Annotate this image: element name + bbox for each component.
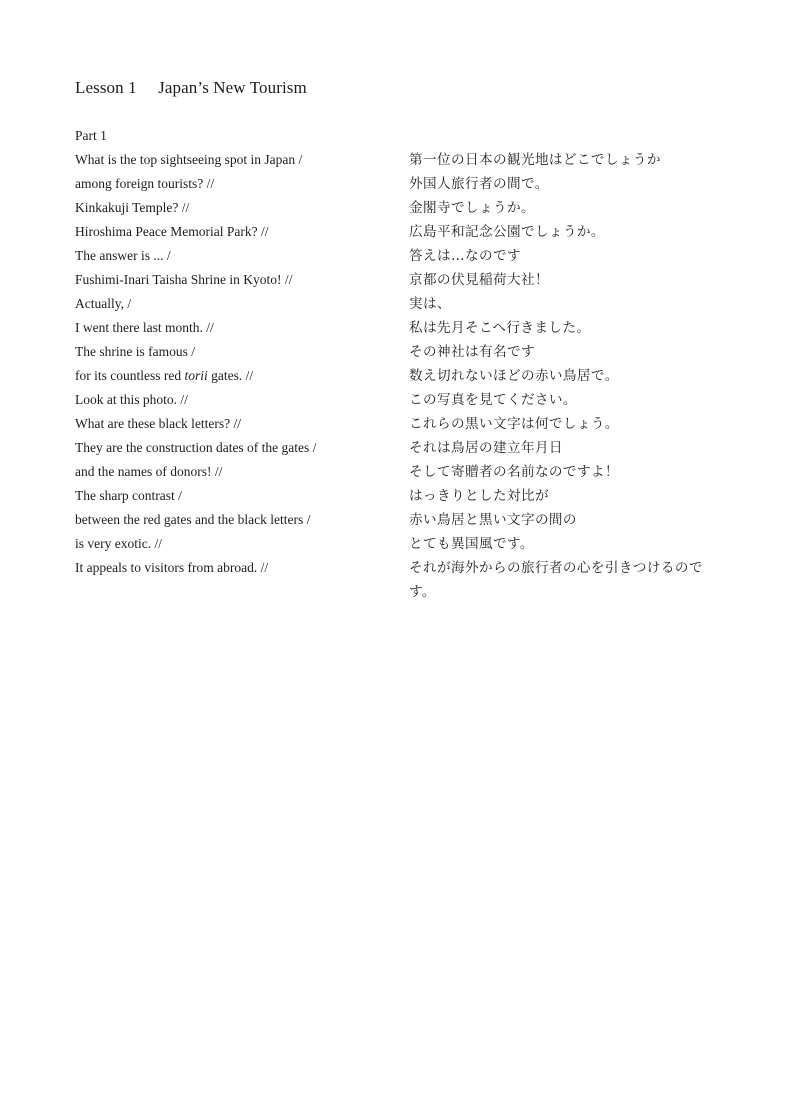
english-line: They are the construction dates of the g… [75, 436, 409, 460]
text-row: What are these black letters? // これらの黒い文… [75, 412, 715, 436]
lesson-title: Lesson 1 Japan’s New Tourism [75, 76, 307, 100]
document-page: Lesson 1 Japan’s New Tourism Part 1 What… [0, 0, 790, 1117]
japanese-line: その神社は有名です [409, 340, 703, 364]
text-row: Kinkakuji Temple? // 金閣寺でしょうか。 [75, 196, 715, 220]
text-row: Actually, / 実は、 [75, 292, 715, 316]
text-row: I went there last month. // 私は先月そこへ行きました… [75, 316, 715, 340]
text-row: The shrine is famous / その神社は有名です [75, 340, 715, 364]
english-line: Hiroshima Peace Memorial Park? // [75, 220, 409, 244]
japanese-line: 外国人旅行者の間で。 [409, 172, 703, 196]
text-row: is very exotic. // とても異国風です。 [75, 532, 715, 556]
text-row: among foreign tourists? // 外国人旅行者の間で。 [75, 172, 715, 196]
japanese-line: この写真を見てください。 [409, 388, 703, 412]
english-line: among foreign tourists? // [75, 172, 409, 196]
japanese-line: これらの黒い文字は何でしょう。 [409, 412, 703, 436]
text-row: Fushimi-Inari Taisha Shrine in Kyoto! //… [75, 268, 715, 292]
english-line: The answer is ... / [75, 244, 409, 268]
english-line: What are these black letters? // [75, 412, 409, 436]
japanese-line: 第一位の日本の観光地はどこでしょうか [409, 148, 703, 172]
part-label: Part 1 [75, 126, 107, 146]
japanese-line: それが海外からの旅行者の心を引きつけるのです。 [409, 556, 703, 604]
japanese-line: 私は先月そこへ行きました。 [409, 316, 703, 340]
italic-term-torii: torii [184, 368, 207, 383]
japanese-line: 実は、 [409, 292, 703, 316]
english-line: Kinkakuji Temple? // [75, 196, 409, 220]
japanese-line: 答えは…なのです [409, 244, 703, 268]
japanese-line: 京都の伏見稲荷大社！ [409, 268, 703, 292]
text-row: What is the top sightseeing spot in Japa… [75, 148, 715, 172]
english-line: I went there last month. // [75, 316, 409, 340]
text-row: The sharp contrast / はっきりとした対比が [75, 484, 715, 508]
japanese-line: 数え切れないほどの赤い鳥居で。 [409, 364, 703, 388]
english-line: Fushimi-Inari Taisha Shrine in Kyoto! // [75, 268, 409, 292]
bilingual-text-table: What is the top sightseeing spot in Japa… [75, 148, 715, 604]
text-row: between the red gates and the black lett… [75, 508, 715, 532]
japanese-line: 赤い鳥居と黒い文字の間の [409, 508, 703, 532]
japanese-line: 金閣寺でしょうか。 [409, 196, 703, 220]
text-row: They are the construction dates of the g… [75, 436, 715, 460]
japanese-line: とても異国風です。 [409, 532, 703, 556]
text-row: Look at this photo. // この写真を見てください。 [75, 388, 715, 412]
english-line: The shrine is famous / [75, 340, 409, 364]
japanese-line: そして寄贈者の名前なのですよ！ [409, 460, 703, 484]
japanese-line: はっきりとした対比が [409, 484, 703, 508]
english-text: gates. // [208, 368, 253, 383]
english-line: The sharp contrast / [75, 484, 409, 508]
text-row: Hiroshima Peace Memorial Park? // 広島平和記念… [75, 220, 715, 244]
english-line: between the red gates and the black lett… [75, 508, 409, 532]
text-row: and the names of donors! // そして寄贈者の名前なので… [75, 460, 715, 484]
japanese-line: それは鳥居の建立年月日 [409, 436, 703, 460]
english-line: is very exotic. // [75, 532, 409, 556]
english-line: Actually, / [75, 292, 409, 316]
english-line: for its countless red torii gates. // [75, 364, 409, 388]
english-line: It appeals to visitors from abroad. // [75, 556, 409, 580]
text-row: for its countless red torii gates. // 数え… [75, 364, 715, 388]
english-line: and the names of donors! // [75, 460, 409, 484]
english-line: Look at this photo. // [75, 388, 409, 412]
text-row: It appeals to visitors from abroad. // そ… [75, 556, 715, 604]
text-row: The answer is ... / 答えは…なのです [75, 244, 715, 268]
english-text: for its countless red [75, 368, 184, 383]
english-line: What is the top sightseeing spot in Japa… [75, 148, 409, 172]
japanese-line: 広島平和記念公園でしょうか。 [409, 220, 703, 244]
